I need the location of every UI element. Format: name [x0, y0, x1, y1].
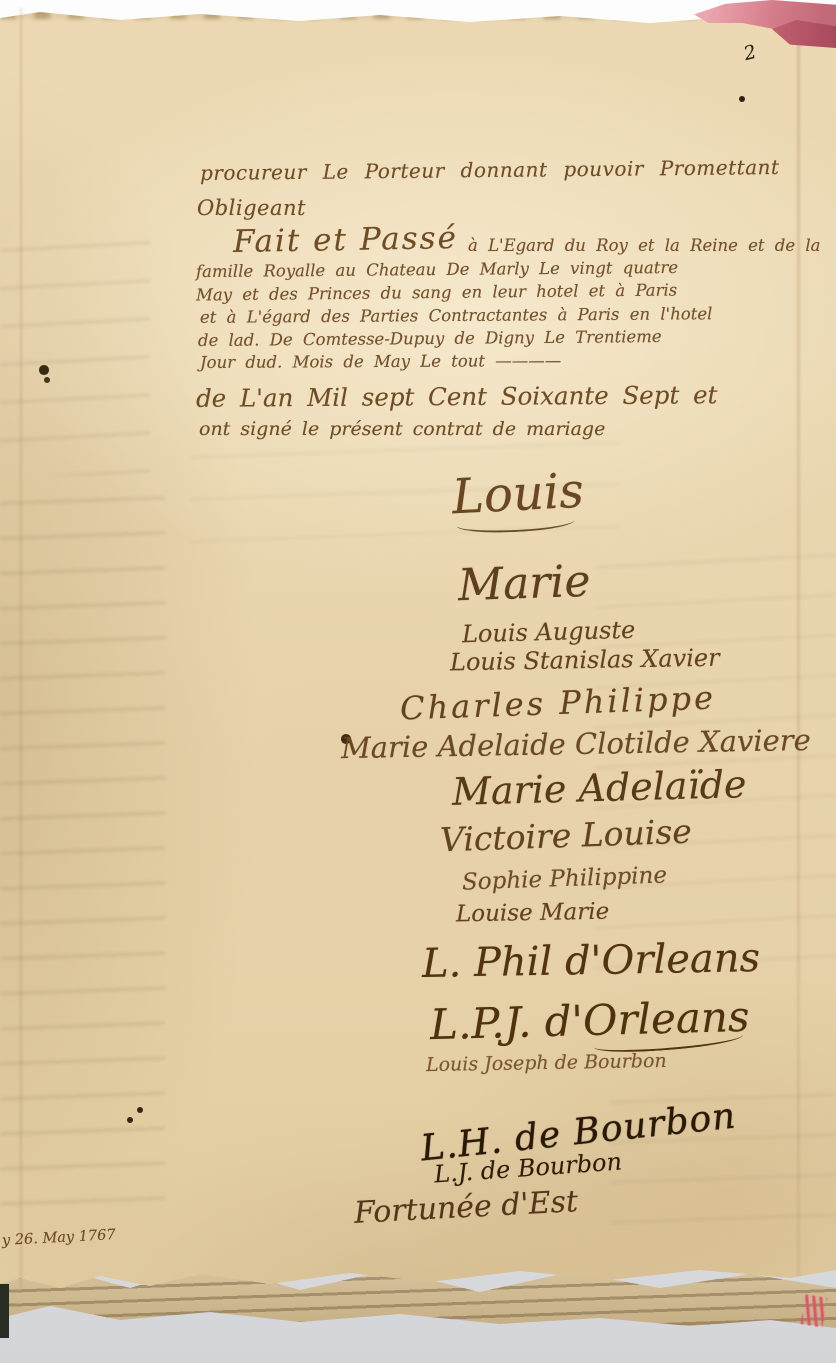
year-line: de L'an Mil sept Cent Soixante Sept et: [196, 380, 718, 413]
clause-line-1: famille Royalle au Chateau De Marly Le v…: [196, 258, 678, 281]
signature-l-phil-d-orleans: L. Phil d'Orleans: [422, 935, 761, 987]
signature-charles-philippe: Charles Philippe: [399, 678, 716, 727]
body-text-line-2: Obligeant: [197, 196, 306, 220]
clause-line-2: May et des Princes du sang en leur hotel…: [196, 280, 677, 304]
signature-marie-adelaide-clotilde-xaviere: Marie Adelaide Clotilde Xaviere: [341, 723, 811, 765]
manuscript-text-layer: 2 procureur Le Porteur donnant pouvoir P…: [0, 0, 836, 1363]
signed-line: ont signé le présent contrat de mariage: [199, 418, 605, 440]
signature-marie-adelaide: Marie Adelaïde: [451, 762, 747, 814]
signature-fortunee-d-est: Fortunée d'Est: [353, 1184, 579, 1231]
scanned-manuscript-page: 2 procureur Le Porteur donnant pouvoir P…: [0, 0, 836, 1363]
signature-marie: Marie: [457, 556, 591, 612]
signature-louis-joseph-de-bourbon: Louis Joseph de Bourbon: [426, 1050, 667, 1076]
clause-line-5: Jour dud. Mois de May Le tout ————: [200, 351, 561, 372]
clause-line-4: de lad. De Comtesse-Dupuy de Digny Le Tr…: [198, 327, 662, 350]
signature-sophie-philippine: Sophie Philippine: [462, 862, 668, 895]
signature-louise-marie: Louise Marie: [456, 899, 610, 928]
clause-line-3: et à L'égard des Parties Contractantes à…: [200, 304, 713, 327]
body-text-line-1: procureur Le Porteur donnant pouvoir Pro…: [200, 155, 780, 185]
signature-victoire-louise: Victoire Louise: [439, 812, 692, 860]
fait-et-passe-heading: Fait et Passé: [233, 220, 458, 260]
page-number-mark: 2: [742, 41, 759, 65]
signature-louis-auguste: Louis Auguste: [462, 616, 636, 649]
signature-louis-stanislas-xavier: Louis Stanislas Xavier: [450, 644, 720, 677]
fait-line-rest: à L'Egard du Roy et la Reine et de la: [468, 236, 821, 255]
marginal-date-note: y 26. May 1767: [2, 1227, 116, 1249]
signature-lpj-underline: [590, 987, 744, 1055]
signature-louis-underline: [455, 470, 575, 534]
